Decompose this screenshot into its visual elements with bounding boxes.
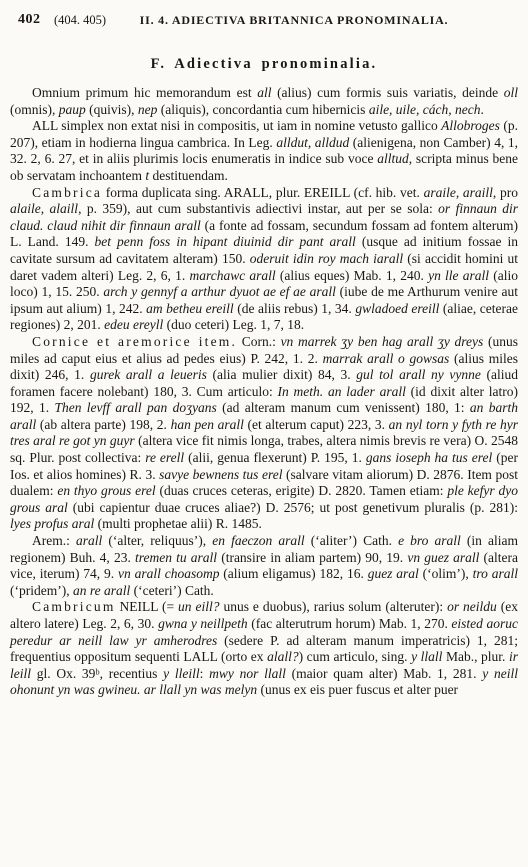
book-page: 402 (404. 405) II. 4. ADIECTIVA BRITANNI…: [0, 0, 528, 867]
text-run: (ab altera parte) 198, 2.: [36, 417, 170, 432]
text-run: (ubi capientur duae cruces aliae?) D. 25…: [68, 500, 518, 515]
text-run: gul tol arall ny vynne: [356, 367, 481, 382]
text-run: re erell: [145, 450, 184, 465]
text-run: bet penn foss in hipant diuinid dir pant…: [94, 234, 355, 249]
text-run: forma duplicata sing. ARALL, plur. EREIL…: [102, 185, 424, 200]
text-run: an re arall: [73, 583, 130, 598]
text-run: (de aliis rebus) 1, 34.: [234, 301, 356, 316]
text-run: (multi prophetae alii) R. 1485.: [94, 516, 262, 531]
text-run: vn arall choasomp: [118, 566, 219, 581]
text-run: (fac alterutrum horum) Mab. 1, 270.: [248, 616, 452, 631]
text-run: y lleill: [163, 666, 199, 681]
text-run: alall?: [267, 649, 299, 664]
text-run: (‘pridem’),: [10, 583, 73, 598]
text-run: tro arall: [473, 566, 518, 581]
text-run: gwna y neillpeth: [158, 616, 248, 631]
text-run: paup: [59, 102, 86, 117]
text-run: , p. 359), aut cum substantivis adiectiv…: [78, 201, 438, 216]
text-run: alltud: [377, 151, 409, 166]
text-run: all: [257, 85, 271, 100]
text-run: oderuit idin roy mach iarall: [250, 251, 403, 266]
text-run: (transire in aliam partem) 90, 19.: [217, 550, 407, 565]
text-run: ) cum articulo, sing.: [299, 649, 411, 664]
page-number: 402: [18, 12, 41, 28]
text-run: marchawc arall: [189, 268, 275, 283]
text-run: (alius) cum formis suis variatis, deinde: [271, 85, 503, 100]
paragraph-arem: Arem.: arall (‘alter, reliquus’), en fae…: [10, 533, 518, 599]
text-run: gans ioseph ha tus erel: [366, 450, 492, 465]
text-run: , pro: [493, 185, 518, 200]
text-run: Cambricum: [32, 599, 116, 614]
text-run: Cambrica: [32, 185, 102, 200]
paragraph-all: ALL simplex non extat nisi in compositis…: [10, 118, 518, 184]
text-run: lyes profus aral: [10, 516, 94, 531]
paragraph-cambricum: Cambricum NEILL (= un eill? unus e duobu…: [10, 599, 518, 699]
text-run: arall: [76, 533, 102, 548]
text-run: Arem.:: [32, 533, 76, 548]
text-run: aile, uile, cách, nech: [369, 102, 481, 117]
text-run: vn marrek ʒy ben hag arall ʒy dreys: [281, 334, 484, 349]
text-run: (omnis),: [10, 102, 59, 117]
text-run: (maior quam alter) Mab. 1, 281.: [286, 666, 482, 681]
text-run: tremen tu arall: [135, 550, 217, 565]
text-run: (quivis),: [86, 102, 138, 117]
text-run: (alia mulier dixit) 84, 3.: [207, 367, 356, 382]
text-run: (duo ceteri) Leg. 1, 7, 18.: [163, 317, 304, 332]
text-run: (alius eques) Mab. 1, 240.: [276, 268, 428, 283]
text-run: nep: [138, 102, 158, 117]
text-run: y llall: [411, 649, 442, 664]
text-run: gurek arall a leueris: [90, 367, 207, 382]
paragraph-omnium: Omnium primum hic memorandum est all (al…: [10, 85, 518, 118]
text-run: (unus ex eis puer fuscus et alter puer: [257, 682, 458, 697]
text-run: un eill?: [178, 599, 219, 614]
text-run: destituendam.: [149, 168, 228, 183]
text-run: guez aral: [368, 566, 419, 581]
text-run: oll: [504, 85, 518, 100]
text-run: NEILL (=: [116, 599, 178, 614]
text-run: (‘alter, reliquus’),: [102, 533, 212, 548]
text-run: han pen arall: [171, 417, 244, 432]
text-run: (alium eligamus) 182, 16.: [219, 566, 367, 581]
text-run: e bro arall: [398, 533, 461, 548]
text-run: gl. Ox. 39ᵇ, recentius: [31, 666, 163, 681]
text-run: (‘ceteri’) Cath.: [130, 583, 214, 598]
paragraph-cornice: Cornice et aremorice item. Corn.: vn mar…: [10, 334, 518, 533]
text-run: (‘aliter’) Cath.: [305, 533, 398, 548]
text-run: Corn.:: [237, 334, 281, 349]
text-body: Omnium primum hic memorandum est all (al…: [10, 85, 518, 699]
text-run: yn lle arall: [428, 268, 489, 283]
paragraph-cambrica: Cambrica forma duplicata sing. ARALL, pl…: [10, 185, 518, 334]
text-run: Mab., plur.: [442, 649, 509, 664]
text-run: marrak arall o gowsas: [323, 351, 450, 366]
page-header: 402 (404. 405) II. 4. ADIECTIVA BRITANNI…: [10, 12, 518, 32]
text-run: en thyo grous erel: [57, 483, 155, 498]
text-run: unus e duobus), rarius solum (alteruter)…: [220, 599, 448, 614]
text-run: .: [481, 102, 484, 117]
text-run: (et alterum caput) 223, 3.: [244, 417, 389, 432]
text-run: Allobroges: [441, 118, 500, 133]
text-run: Omnium primum hic memorandum est: [32, 85, 257, 100]
text-run: mwy nor llall: [209, 666, 286, 681]
text-run: arch y gennyf a arthur dyuot ae ef ae ar…: [103, 284, 336, 299]
text-run: (‘olim’),: [419, 566, 473, 581]
text-run: vn guez arall: [407, 550, 479, 565]
text-run: Then levff arall pan doʒyans: [54, 400, 216, 415]
text-run: araile, araill: [424, 185, 493, 200]
text-run: gwladoed ereill: [355, 301, 439, 316]
running-title: II. 4. ADIECTIVA BRITANNICA PRONOMINALIA…: [70, 13, 518, 28]
text-run: alaile, alaill: [10, 201, 78, 216]
text-run: or neildu: [447, 599, 497, 614]
text-run: (duas cruces ceteras, erigite) D. 2820. …: [156, 483, 448, 498]
text-run: (aliquis), concordantia cum hibernicis: [157, 102, 368, 117]
text-run: (ad alteram manum cum venissent) 180, 1:: [217, 400, 470, 415]
text-run: In meth. an lader arall: [278, 384, 406, 399]
text-run: :: [200, 666, 209, 681]
text-run: edeu ereyll: [104, 317, 163, 332]
text-run: Cornice et aremorice item.: [32, 334, 237, 349]
text-run: am betheu ereill: [146, 301, 234, 316]
text-run: ALL simplex non extat nisi in compositis…: [32, 118, 441, 133]
text-run: savye bewnens tus erel: [159, 467, 282, 482]
text-run: en faeczon arall: [212, 533, 304, 548]
text-run: (alii, genua flexerunt) P. 195, 1.: [184, 450, 366, 465]
section-heading: F. Adiectiva pronominalia.: [10, 56, 518, 73]
text-run: alldut, alldud: [276, 135, 349, 150]
